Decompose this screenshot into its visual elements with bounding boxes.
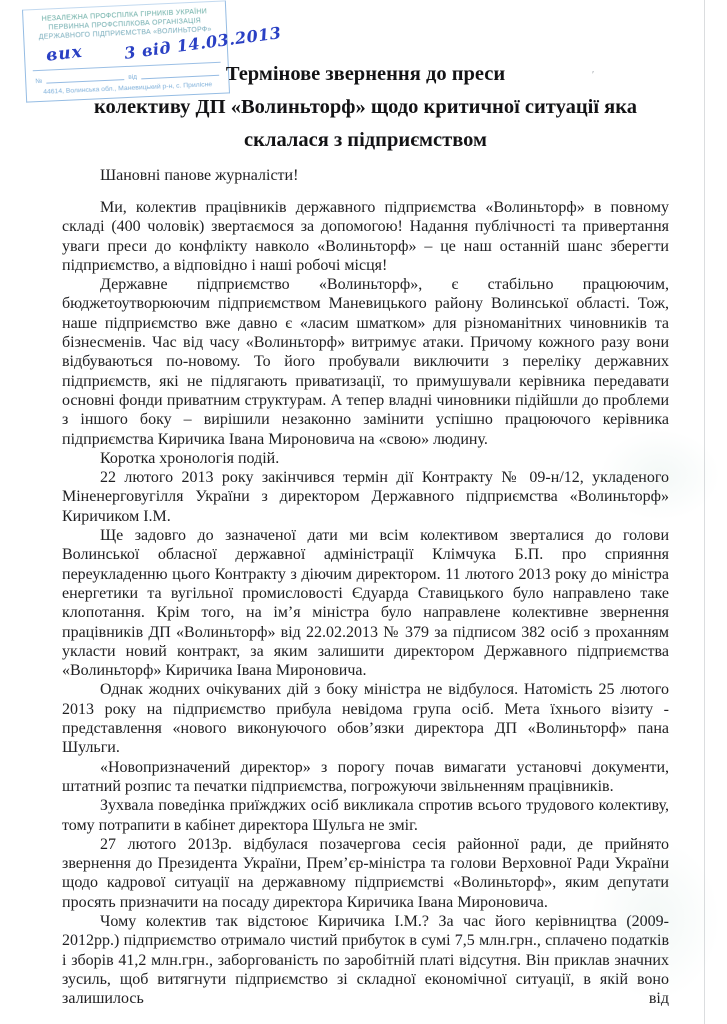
- stamp-form-number-label: №: [33, 78, 44, 85]
- greeting: Шановні панове журналісти!: [62, 166, 669, 186]
- body-paragraph: 22 лютого 2013 року закінчився термін ді…: [62, 468, 669, 526]
- document-title-line: Термінове звернення до преси: [62, 58, 669, 91]
- paragraphs: Ми, колектив працівників державного підп…: [62, 198, 669, 1008]
- document-title-line: колективу ДП «Волиньторф» щодо критичної…: [62, 91, 669, 124]
- body-paragraph: «Новопризначений директор» з порогу поча…: [62, 758, 669, 797]
- body-paragraph: Ми, колектив працівників державного підп…: [62, 198, 669, 275]
- document-body: Термінове звернення до преси колективу Д…: [62, 0, 669, 1008]
- body-paragraph: Однак жодних очікуваних дій з боку мініс…: [62, 680, 669, 757]
- body-paragraph: Чому колектив так відстоює Киричика І.М.…: [62, 912, 669, 1008]
- body-paragraph: Коротка хронологія подій.: [62, 449, 669, 468]
- scanned-document-page: ′ НЕЗАЛЕЖНА ПРОФСПІЛКА ГІРНИКІВ УКРАЇНИ …: [0, 0, 727, 1024]
- body-paragraph: Ще задовго до зазначеної дати ми всім ко…: [62, 526, 669, 680]
- document-title: Термінове звернення до преси колективу Д…: [62, 58, 669, 157]
- body-paragraph: 27 лютого 2013р. відбулася позачергова с…: [62, 835, 669, 912]
- body-paragraph: Державне підприємство «Волиньторф», є ст…: [62, 275, 669, 449]
- document-title-line: склалася з підприємством: [62, 124, 669, 157]
- body-paragraph: Зухвала поведінка приїжджих осіб виклика…: [62, 796, 669, 835]
